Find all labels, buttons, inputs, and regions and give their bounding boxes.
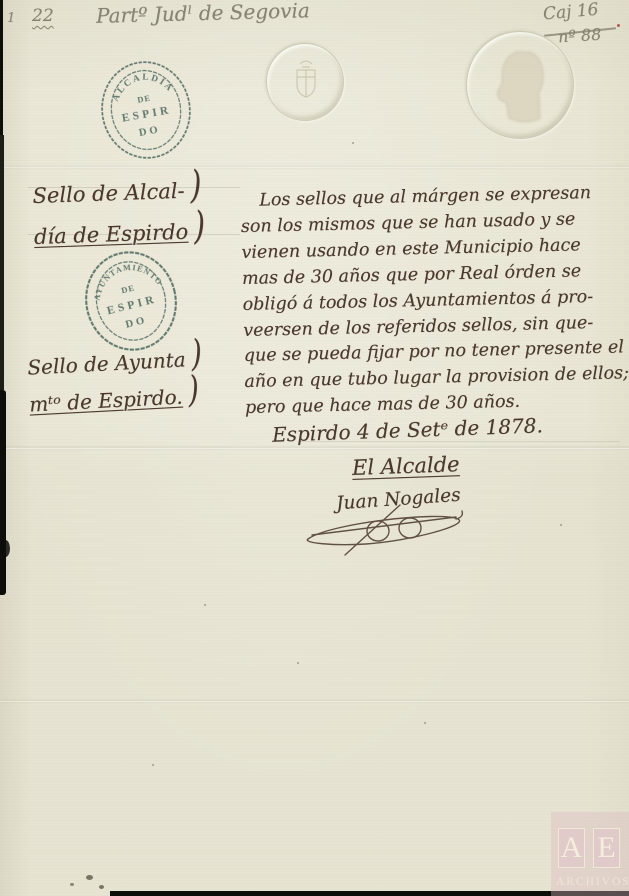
coat-of-arms-relief: [267, 44, 345, 122]
signature-rubric: [300, 499, 478, 559]
alcaldia-ink-stamp: ALCALDIA DE ESPIR DO: [87, 49, 206, 171]
profile-head-relief: [467, 32, 575, 140]
manuscript-body: Los sellos que al márgen se expresan son…: [240, 180, 629, 422]
paper-speck: [152, 764, 154, 766]
stamp-line: ESPIR: [121, 104, 173, 125]
paper-speck: [352, 142, 354, 144]
paper-speck: [560, 524, 562, 526]
margin-label-alcaldia: Sello de Alcal- ) día de Espirdo ): [32, 164, 206, 252]
paper-speck: [86, 875, 93, 880]
watermark-letter-a: A: [561, 831, 583, 865]
paper-speck: [204, 604, 206, 606]
brace-mark: ): [193, 198, 206, 254]
scan-edge-left: [0, 0, 3, 135]
margin-label-line: mᵗᵒ de Espirdo.: [29, 383, 184, 418]
paper-speck: [297, 662, 299, 664]
watermark-letter-e: E: [597, 831, 615, 865]
stamp-line: ESPIR: [106, 293, 159, 318]
document-page: 1 22 Partº Judˡ de Segovia Caj 16 nº 88 …: [0, 0, 629, 896]
scan-edge-left: [0, 390, 6, 595]
margin-label-ayuntamiento: Sello de Ayunta ) mᵗᵒ de Espirdo. ): [26, 336, 205, 418]
district-note: Partº Judˡ de Segovia: [96, 0, 310, 28]
paper-speck: [99, 885, 104, 889]
fold-crease: [0, 446, 629, 450]
stamp-line: DO: [138, 124, 161, 139]
box-reference: Caj 16: [542, 0, 599, 24]
brace-mark: ): [187, 367, 200, 417]
folio-number: 22: [32, 6, 54, 26]
stamp-line: DO: [124, 314, 148, 331]
archive-watermark: A E ARCHIVOS: [551, 812, 629, 896]
embossed-seal-coat-of-arms: [266, 43, 344, 121]
embossed-seal-portrait: [466, 31, 574, 139]
margin-label-line: Sello de Alcal-: [32, 175, 185, 211]
paper-speck: [70, 883, 74, 886]
fold-crease: [0, 699, 629, 703]
watermark-letter-box: A: [558, 828, 585, 868]
scan-edge-left: [0, 135, 4, 390]
signature-title: El Alcalde: [352, 452, 460, 480]
paper-speck: [424, 722, 426, 724]
scan-edge-blob: [1, 540, 10, 557]
stamp-line: DE: [120, 282, 136, 295]
stamp-line: DE: [137, 94, 152, 105]
margin-tick: 1: [7, 11, 15, 26]
red-speck: [617, 24, 620, 27]
watermark-caption: ARCHIVOS: [556, 876, 629, 888]
watermark-letter-box: E: [593, 828, 620, 868]
